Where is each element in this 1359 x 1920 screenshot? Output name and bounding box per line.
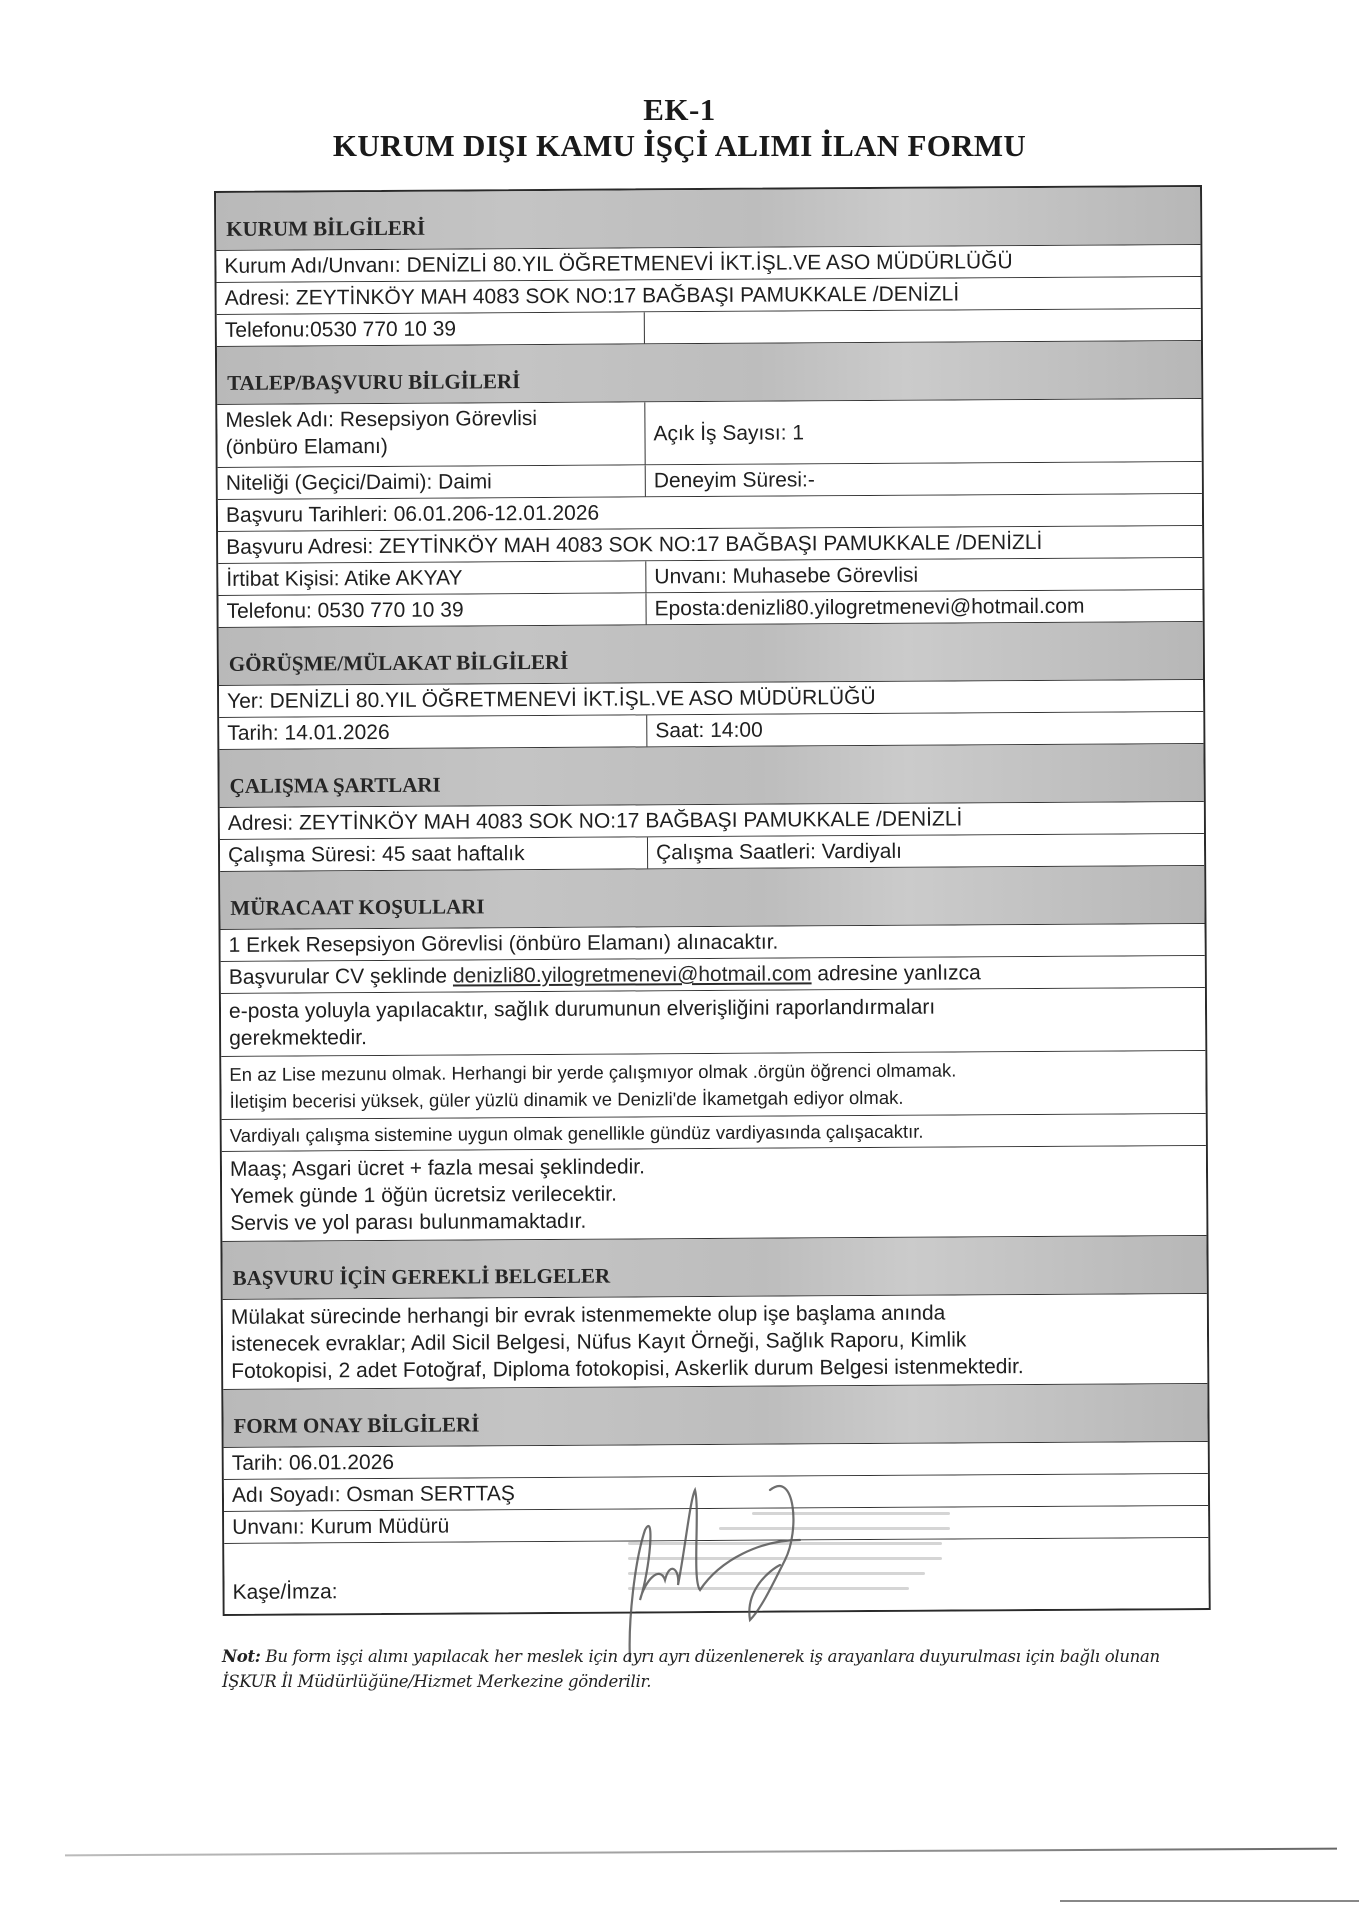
required-documents-text: Mülakat sürecinde herhangi bir evrak ist… — [223, 1294, 1208, 1389]
condition-line: Servis ve yol parası bulunmamaktadır. — [230, 1204, 1198, 1237]
condition-text: e-posta yoluyla yapılacaktır, sağlık dur… — [221, 988, 1205, 1056]
approver-title: Unvanı: Kurum Müdürü — [224, 1506, 1208, 1543]
interview-place: Yer: DENİZLİ 80.YIL ÖĞRETMENEVİ İKT.İŞL.… — [219, 680, 1203, 717]
document-code: EK-1 — [0, 92, 1359, 128]
application-email-link[interactable]: denizli80.yilogretmenevi@hotmail.com — [453, 962, 812, 987]
work-address: Adresi: ZEYTİNKÖY MAH 4083 SOK NO:17 BAĞ… — [220, 802, 1204, 839]
condition-row-4: En az Lise mezunu olmak. Herhangi bir ye… — [221, 1051, 1205, 1120]
profession-name-line1: Meslek Adı: Resepsiyon Görevlisi — [225, 404, 636, 434]
section-heading-working-conditions: ÇALIŞMA ŞARTLARI — [219, 744, 1203, 808]
condition-row-3: e-posta yoluyla yapılacaktır, sağlık dur… — [221, 988, 1205, 1057]
condition-row-6: Maaş; Asgari ücret + fazla mesai şeklind… — [222, 1146, 1207, 1242]
institution-phone: Telefonu:0530 770 10 39 — [217, 312, 645, 346]
profession-row: Meslek Adı: Resepsiyon Görevlisi (önbüro… — [217, 399, 1201, 468]
condition-text-prefix: Başvurular CV şeklinde — [229, 965, 453, 989]
required-documents-row: Mülakat sürecinde herhangi bir evrak ist… — [223, 1294, 1208, 1390]
contact-title: Unvanı: Muhasebe Görevlisi — [646, 558, 1202, 592]
contact-person: İrtibat Kişisi: Atike AKYAY — [218, 561, 646, 595]
application-dates: Başvuru Tarihleri: 06.01.206-12.01.2026 — [218, 494, 1202, 531]
job-nature: Niteliği (Geçici/Daimi): Daimi — [218, 465, 646, 499]
work-hours: Çalışma Saatleri: Vardiyalı — [648, 834, 1204, 868]
interview-time: Saat: 14:00 — [647, 712, 1203, 746]
approver-name: Adı Soyadı: Osman SERTTAŞ — [224, 1474, 1208, 1511]
application-address: Başvuru Adresi: ZEYTİNKÖY MAH 4083 SOK N… — [218, 526, 1202, 563]
condition-text-suffix: adresine yanlızca — [811, 961, 980, 985]
condition-line: İletişim becerisi yüksek, güler yüzlü di… — [229, 1082, 1197, 1115]
section-heading-application-conditions: MÜRACAAT KOŞULLARI — [220, 866, 1204, 930]
document-title: KURUM DIŞI KAMU İŞÇİ ALIMI İLAN FORMU — [0, 128, 1359, 164]
institution-address: Adresi: ZEYTİNKÖY MAH 4083 SOK NO:17 BAĞ… — [217, 277, 1201, 314]
footer-divider — [65, 1848, 1337, 1857]
stamp-signature-row: Kaşe/İmza: — [224, 1538, 1208, 1614]
application-form-table: KURUM BİLGİLERİ Kurum Adı/Unvanı: DENİZL… — [214, 185, 1211, 1616]
experience-duration: Deneyim Süresi:- — [646, 462, 1202, 496]
footnote: Not: Bu form işçi alımı yapılacak her me… — [222, 1644, 1212, 1694]
work-duration: Çalışma Süresi: 45 saat haftalık — [220, 837, 648, 871]
open-jobs-count: Açık İş Sayısı: 1 — [645, 399, 1201, 464]
approval-date: Tarih: 06.01.2026 — [224, 1442, 1208, 1479]
footnote-text: Bu form işçi alımı yapılacak her meslek … — [222, 1647, 1160, 1691]
section-heading-request: TALEP/BAŞVURU BİLGİLERİ — [217, 341, 1201, 405]
condition-text: 1 Erkek Resepsiyon Görevlisi (önbüro Ela… — [221, 924, 1205, 961]
section-heading-form-approval: FORM ONAY BİLGİLERİ — [223, 1384, 1207, 1448]
section-heading-institution: KURUM BİLGİLERİ — [216, 187, 1200, 251]
stamp-signature-label: Kaşe/İmza: — [224, 1538, 1208, 1614]
footnote-label: Not: — [222, 1647, 261, 1666]
condition-text: En az Lise mezunu olmak. Herhangi bir ye… — [221, 1051, 1205, 1119]
documents-line: Fotokopisi, 2 adet Fotoğraf, Diploma fot… — [231, 1352, 1199, 1385]
contact-phone: Telefonu: 0530 770 10 39 — [218, 593, 646, 627]
profession-name: Meslek Adı: Resepsiyon Görevlisi (önbüro… — [217, 402, 645, 467]
condition-text: Vardiyalı çalışma sistemine uygun olmak … — [222, 1114, 1206, 1151]
institution-name: Kurum Adı/Unvanı: DENİZLİ 80.YIL ÖĞRETME… — [216, 245, 1200, 282]
institution-phone-empty-cell — [645, 309, 1201, 343]
condition-text: Maaş; Asgari ücret + fazla mesai şeklind… — [222, 1146, 1207, 1241]
section-heading-required-documents: BAŞVURU İÇİN GEREKLİ BELGELER — [222, 1236, 1206, 1300]
profession-name-line2: (önbüro Elamanı) — [225, 431, 636, 461]
footer-divider-short — [1060, 1900, 1359, 1902]
condition-text: Başvurular CV şeklinde denizli80.yilogre… — [221, 956, 1205, 993]
contact-email: Eposta:denizli80.yilogretmenevi@hotmail.… — [646, 590, 1202, 624]
interview-date: Tarih: 14.01.2026 — [219, 715, 647, 749]
section-heading-interview: GÖRÜŞME/MÜLAKAT BİLGİLERİ — [219, 622, 1203, 686]
